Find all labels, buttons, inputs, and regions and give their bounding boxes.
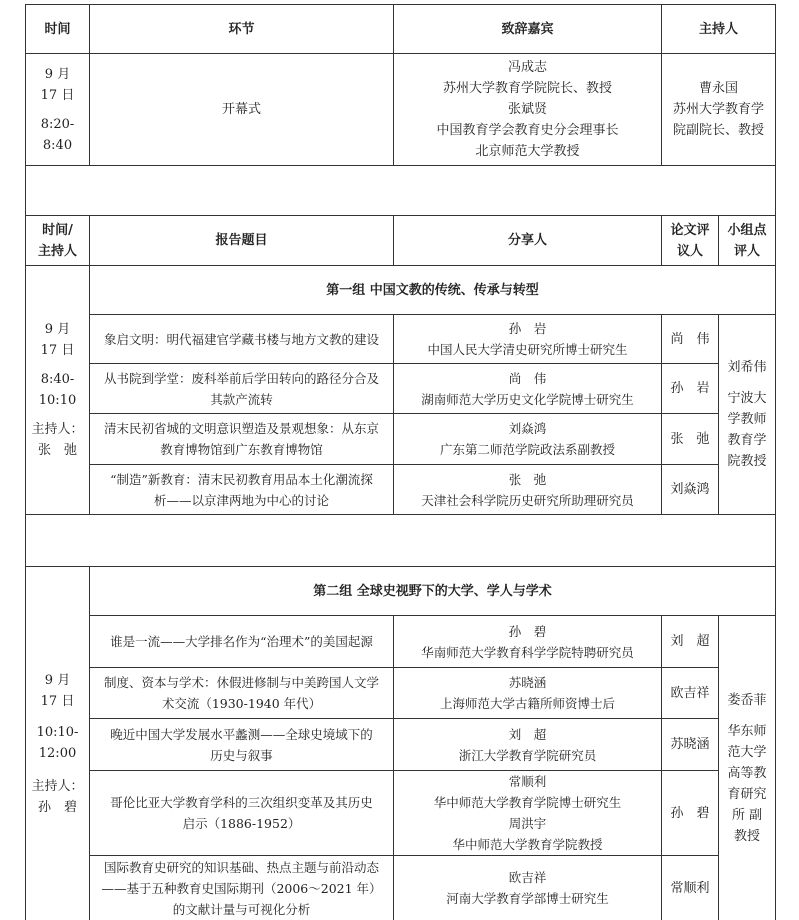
text-line: 学教师 [723, 409, 771, 430]
reviewer-cell: 张 弛 [662, 414, 719, 465]
text-line: 天津社会科学院历史研究所助理研究员 [398, 490, 657, 511]
text-line: 9 月 [30, 670, 85, 691]
text-line: 国际教育史研究的知识基础、热点主题与前沿动态 [94, 857, 389, 878]
opening-header-row: 时间 环节 致辞嘉宾 主持人 [26, 5, 776, 54]
reviewer-cell: 刘焱鸿 [662, 465, 719, 515]
presenter-cell: 张 弛 天津社会科学院历史研究所助理研究员 [394, 465, 662, 515]
text-line: 刘希伟 [723, 357, 771, 378]
text-line: 上海师范大学古籍所师资博士后 [398, 693, 657, 714]
text-line: 广东第二师范学院政法系副教授 [398, 439, 657, 460]
text-line: 育研究 [723, 784, 771, 805]
text-line: 术交流（1930-1940 年代） [94, 693, 389, 714]
header-speakers: 致辞嘉宾 [394, 5, 662, 54]
sessions-header-row: 时间/ 主持人 报告题目 分享人 论文评 议人 小组点 评人 [26, 216, 776, 266]
topic-cell: 制度、资本与学术：休假进修制与中美跨国人文学 术交流（1930-1940 年代） [90, 668, 394, 719]
text-line: 教育学 [723, 430, 771, 451]
text-line: 晚近中国大学发展水平蠡测——全球史境域下的 [94, 724, 389, 745]
reviewer-cell: 苏晓涵 [662, 719, 719, 771]
presenter-cell: 刘焱鸿 广东第二师范学院政法系副教授 [394, 414, 662, 465]
text-line: 刘焱鸿 [398, 418, 657, 439]
topic-cell: 从书院到学堂：废科举前后学田转向的路径分合及 其款产流转 [90, 364, 394, 414]
presenter-cell: 苏晓涵 上海师范大学古籍所师资博士后 [394, 668, 662, 719]
presenter-cell: 常顺利 华中师范大学教育学院博士研究生 周洪宇 华中师范大学教育学院教授 [394, 771, 662, 856]
text-line [723, 711, 771, 721]
text-line: 院教授 [723, 451, 771, 472]
topic-cell: 晚近中国大学发展水平蠡测——全球史境域下的 历史与叙事 [90, 719, 394, 771]
text-line: 启示（1886-1952） [94, 813, 389, 834]
header-reviewer: 论文评 议人 [662, 216, 719, 266]
reviewer-cell: 刘 超 [662, 616, 719, 668]
text-line: 所 副 [723, 805, 771, 826]
table-row: 晚近中国大学发展水平蠡测——全球史境域下的 历史与叙事 刘 超 浙江大学教育学院… [26, 719, 776, 771]
text-line: 华中师范大学教育学院教授 [398, 834, 657, 855]
text-line: 10:10- [30, 722, 85, 743]
presenter-cell: 孙 岩 中国人民大学清史研究所博士研究生 [394, 315, 662, 364]
group1-title: 第一组 中国文教的传统、传承与转型 [90, 266, 776, 315]
table-row: 谁是一流——大学排名作为“治理术”的美国起源 孙 碧 华南师范大学教育科学学院特… [26, 616, 776, 668]
text-line: 从书院到学堂：废科举前后学田转向的路径分合及 [94, 368, 389, 389]
text-line: ——基于五种教育史国际期刊（2006～2021 年） [94, 878, 389, 899]
header-session: 环节 [90, 5, 394, 54]
text-line: 谁是一流——大学排名作为“治理术”的美国起源 [94, 631, 389, 652]
text-line: 华中师范大学教育学院博士研究生 [398, 792, 657, 813]
opening-time: 9 月 17 日 8:20- 8:40 [26, 54, 90, 166]
reviewer-cell: 尚 伟 [662, 315, 719, 364]
text-line: 析——以京津两地为中心的讨论 [94, 490, 389, 511]
opening-host: 曹永国 苏州大学教育学 院副院长、教授 [662, 54, 776, 166]
group1-time-host: 9 月 17 日 8:40- 10:10 主持人： 张 弛 [26, 266, 90, 515]
text-line: 孙 碧 [398, 621, 657, 642]
text-line: 17 日 [30, 691, 85, 712]
topic-cell: 哥伦比亚大学教育学科的三次组织变革及其历史 启示（1886-1952） [90, 771, 394, 856]
group1-title-row: 9 月 17 日 8:40- 10:10 主持人： 张 弛 第一组 中国文教的传… [26, 266, 776, 315]
opening-row: 9 月 17 日 8:20- 8:40 开幕式 冯成志 苏州大学教育学院院长、教… [26, 54, 776, 166]
text-line: 12:00 [30, 743, 85, 764]
header-group-reviewer: 小组点 评人 [719, 216, 776, 266]
header-time: 时间 [26, 5, 90, 54]
topic-cell: 清末民初省城的文明意识塑造及景观想象：从东京 教育博物馆到广东教育博物馆 [90, 414, 394, 465]
sessions-table: 时间/ 主持人 报告题目 分享人 论文评 议人 小组点 评人 9 月 17 日 … [25, 165, 776, 920]
text-line: 中国人民大学清史研究所博士研究生 [398, 339, 657, 360]
topic-cell: “制造”新教育：清末民初教育用品本土化潮流探 析——以京津两地为中心的讨论 [90, 465, 394, 515]
text-line [30, 764, 85, 776]
text-line: 常顺利 [398, 771, 657, 792]
group1-group-reviewer: 刘希伟 宁波大 学教师 教育学 院教授 [719, 315, 776, 515]
reviewer-cell: 孙 岩 [662, 364, 719, 414]
text-line: 苏晓涵 [398, 672, 657, 693]
text-line: 教育博物馆到广东教育博物馆 [94, 439, 389, 460]
presenter-cell: 尚 伟 湖南师范大学历史文化学院博士研究生 [394, 364, 662, 414]
text-line: 清末民初省城的文明意识塑造及景观想象：从东京 [94, 418, 389, 439]
text-line: 刘 超 [398, 724, 657, 745]
text-line: 范大学 [723, 742, 771, 763]
opening-session: 开幕式 [90, 54, 394, 166]
table-row: “制造”新教育：清末民初教育用品本土化潮流探 析——以京津两地为中心的讨论 张 … [26, 465, 776, 515]
reviewer-cell: 常顺利 [662, 856, 719, 920]
reviewer-cell: 孙 碧 [662, 771, 719, 856]
text-line: 孙 岩 [398, 318, 657, 339]
text-line: 浙江大学教育学院研究员 [398, 745, 657, 766]
header-host: 主持人 [662, 5, 776, 54]
text-line: 其款产流转 [94, 389, 389, 410]
text-line: 周洪宇 [398, 813, 657, 834]
spacer-row [26, 166, 776, 216]
text-line: 河南大学教育学部博士研究生 [398, 888, 657, 909]
text-line [30, 712, 85, 722]
header-presenter: 分享人 [394, 216, 662, 266]
text-line: 宁波大 [723, 388, 771, 409]
header-topic: 报告题目 [90, 216, 394, 266]
text-line: 哥伦比亚大学教育学科的三次组织变革及其历史 [94, 792, 389, 813]
table-row: 制度、资本与学术：休假进修制与中美跨国人文学 术交流（1930-1940 年代）… [26, 668, 776, 719]
text-line: 娄岙菲 [723, 690, 771, 711]
topic-cell: 象启文明：明代福建官学藏书楼与地方文教的建设 [90, 315, 394, 364]
spacer-row [26, 515, 776, 567]
table-row: 从书院到学堂：废科举前后学田转向的路径分合及 其款产流转 尚 伟 湖南师范大学历… [26, 364, 776, 414]
topic-cell: 国际教育史研究的知识基础、热点主题与前沿动态 ——基于五种教育史国际期刊（200… [90, 856, 394, 920]
text-line: 湖南师范大学历史文化学院博士研究生 [398, 389, 657, 410]
header-time-host: 时间/ 主持人 [26, 216, 90, 266]
group2-group-reviewer: 娄岙菲 华东师 范大学 高等教 育研究 所 副 教授 [719, 616, 776, 920]
text-line: 主持人： [30, 776, 85, 797]
presenter-cell: 孙 碧 华南师范大学教育科学学院特聘研究员 [394, 616, 662, 668]
group2-title-row: 9 月 17 日 10:10- 12:00 主持人： 孙 碧 第二组 全球史视野… [26, 567, 776, 616]
opening-schedule-table: 时间 环节 致辞嘉宾 主持人 9 月 17 日 8:20- 8:40 开幕式 冯… [25, 4, 776, 166]
presenter-cell: 欧吉祥 河南大学教育学部博士研究生 [394, 856, 662, 920]
table-row: 哥伦比亚大学教育学科的三次组织变革及其历史 启示（1886-1952） 常顺利 … [26, 771, 776, 856]
table-row: 国际教育史研究的知识基础、热点主题与前沿动态 ——基于五种教育史国际期刊（200… [26, 856, 776, 920]
text-line: 张 弛 [398, 469, 657, 490]
opening-speakers: 冯成志 苏州大学教育学院院长、教授 张斌贤 中国教育学会教育史分会理事长 北京师… [394, 54, 662, 166]
text-line: 华南师范大学教育科学学院特聘研究员 [398, 642, 657, 663]
text-line: 的文献计量与可视化分析 [94, 899, 389, 920]
text-line: 历史与叙事 [94, 745, 389, 766]
text-line: 制度、资本与学术：休假进修制与中美跨国人文学 [94, 672, 389, 693]
text-line: 高等教 [723, 763, 771, 784]
group2-time-host: 9 月 17 日 10:10- 12:00 主持人： 孙 碧 [26, 567, 90, 920]
text-line: “制造”新教育：清末民初教育用品本土化潮流探 [94, 469, 389, 490]
text-line [723, 378, 771, 388]
topic-cell: 谁是一流——大学排名作为“治理术”的美国起源 [90, 616, 394, 668]
reviewer-cell: 欧吉祥 [662, 668, 719, 719]
text-line: 华东师 [723, 721, 771, 742]
presenter-cell: 刘 超 浙江大学教育学院研究员 [394, 719, 662, 771]
text-line: 象启文明：明代福建官学藏书楼与地方文教的建设 [94, 329, 389, 350]
text-line: 孙 碧 [30, 797, 85, 818]
group2-title: 第二组 全球史视野下的大学、学人与学术 [90, 567, 776, 616]
table-row: 象启文明：明代福建官学藏书楼与地方文教的建设 孙 岩 中国人民大学清史研究所博士… [26, 315, 776, 364]
text-line: 教授 [723, 826, 771, 847]
table-row: 清末民初省城的文明意识塑造及景观想象：从东京 教育博物馆到广东教育博物馆 刘焱鸿… [26, 414, 776, 465]
text-line: 欧吉祥 [398, 867, 657, 888]
text-line: 尚 伟 [398, 368, 657, 389]
